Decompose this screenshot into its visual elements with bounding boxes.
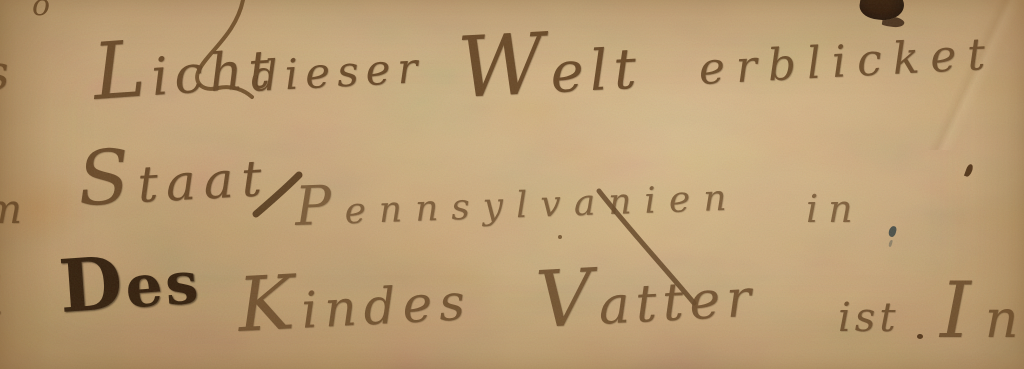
paper-stain: [0, 168, 92, 248]
paper-grain-dark-texture: [0, 0, 1024, 369]
manuscript-word: Pennsylvanien: [294, 165, 740, 234]
manuscript-word: In: [940, 272, 1024, 350]
manuscript-word: dieser: [250, 47, 426, 98]
manuscript-word: s: [0, 48, 11, 98]
ink-speck: [888, 225, 897, 237]
manuscript-page: s Licht dieser Welt erblicket m Staat Pe…: [0, 0, 1024, 369]
manuscript-word: Kindes: [236, 256, 473, 343]
paper-grain-light-texture: [0, 0, 1024, 369]
descender-flourish-icon: [197, 0, 252, 97]
ink-dot-small: [558, 235, 562, 239]
manuscript-line-3: l Des Kindes Vatter ist In: [0, 0, 1024, 369]
long-descender-icon: [599, 191, 694, 303]
manuscript-line-2: m Staat Pennsylvanien in: [0, 0, 1024, 369]
manuscript-word: Staat: [76, 132, 271, 217]
ink-flourishes: [0, 0, 1024, 369]
staat-t-cross-icon: [256, 175, 299, 214]
manuscript-word: Welt: [456, 16, 644, 110]
manuscript-word: ist: [838, 298, 899, 338]
paper-crease: [918, 0, 1024, 150]
ink-blot: [858, 0, 906, 23]
manuscript-word: Licht: [91, 21, 278, 112]
paper-mottle-texture: [0, 0, 1024, 369]
manuscript-word: Vatter: [534, 251, 759, 340]
manuscript-word: in: [806, 190, 863, 228]
manuscript-line-1: s Licht dieser Welt erblicket: [0, 0, 1024, 369]
manuscript-word-bold-des: Des: [57, 242, 203, 324]
ink-dot: [917, 334, 923, 339]
edge-vignette: [0, 0, 1024, 369]
apostrophe-tick: [964, 163, 974, 177]
superscript-o-mark: o: [32, 0, 50, 23]
manuscript-word: l: [0, 271, 7, 324]
